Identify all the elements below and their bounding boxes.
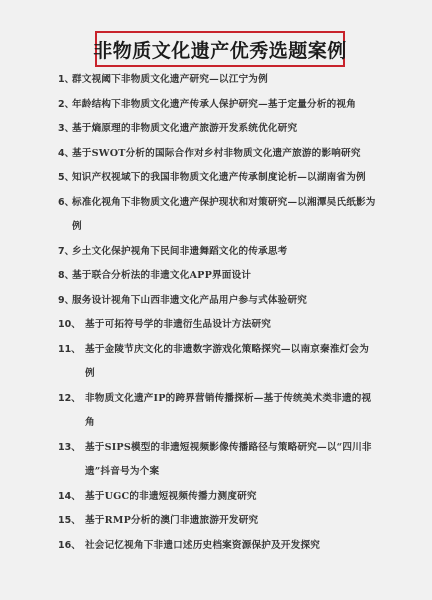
list-item: 14、 基于UGC的非遗短视频传播力测度研究 xyxy=(58,485,418,510)
item-text: 社会记忆视角下非遗口述历史档案资源保护及开发探究 xyxy=(85,534,375,559)
item-number: 5、 xyxy=(58,166,72,191)
list-item: 9、 服务设计视角下山西非遗文化产品用户参与式体验研究 xyxy=(58,289,418,314)
page-title: 非物质文化遗产优秀选题案例 xyxy=(93,36,347,63)
item-number: 8、 xyxy=(58,264,72,289)
item-number: 9、 xyxy=(58,289,72,314)
list-item: 3、 基于熵原理的非物质文化遗产旅游开发系统优化研究 xyxy=(58,117,418,142)
item-number: 1、 xyxy=(58,68,72,93)
list-item: 11、 基于金陵节庆文化的非遗数字游戏化策略探究—以南京秦淮灯会为例 xyxy=(58,338,418,387)
item-text: 服务设计视角下山西非遗文化产品用户参与式体验研究 xyxy=(72,289,382,314)
item-number: 12、 xyxy=(58,387,85,436)
item-text: 非物质文化遗产IP的跨界营销传播探析—基于传统美术类非遗的视角 xyxy=(85,387,375,436)
list-item: 15、 基于RMP分析的澳门非遗旅游开发研究 xyxy=(58,509,418,534)
topic-list: 1、 群文视阈下非物质文化遗产研究—以江宁为例 2、 年龄结构下非物质文化遗产传… xyxy=(58,68,418,558)
list-item: 8、 基于联合分析法的非遗文化APP界面设计 xyxy=(58,264,418,289)
item-text: 基于金陵节庆文化的非遗数字游戏化策略探究—以南京秦淮灯会为例 xyxy=(85,338,375,387)
list-item: 12、 非物质文化遗产IP的跨界营销传播探析—基于传统美术类非遗的视角 xyxy=(58,387,418,436)
list-item: 6、 标准化视角下非物质文化遗产保护现状和对策研究—以湘潭吴氏纸影为例 xyxy=(58,191,418,240)
item-text: 基于联合分析法的非遗文化APP界面设计 xyxy=(72,264,382,289)
item-number: 3、 xyxy=(58,117,72,142)
item-text: 乡土文化保护视角下民间非遗舞蹈文化的传承思考 xyxy=(72,240,382,265)
item-text: 群文视阈下非物质文化遗产研究—以江宁为例 xyxy=(72,68,382,93)
list-item: 13、 基于SIPS模型的非遗短视频影像传播路径与策略研究—以“四川非遗”抖音号… xyxy=(58,436,418,485)
title-box: 非物质文化遗产优秀选题案例 xyxy=(95,31,345,67)
item-text: 基于熵原理的非物质文化遗产旅游开发系统优化研究 xyxy=(72,117,382,142)
list-item: 4、 基于SWOT分析的国际合作对乡村非物质文化遗产旅游的影响研究 xyxy=(58,142,418,167)
item-text: 知识产权视域下的我国非物质文化遗产传承制度论析—以湖南省为例 xyxy=(72,166,382,191)
item-number: 10、 xyxy=(58,313,85,338)
item-number: 11、 xyxy=(58,338,85,387)
item-number: 2、 xyxy=(58,93,72,118)
item-text: 基于SWOT分析的国际合作对乡村非物质文化遗产旅游的影响研究 xyxy=(72,142,382,167)
list-item: 10、 基于可拓符号学的非遗衍生品设计方法研究 xyxy=(58,313,418,338)
item-number: 7、 xyxy=(58,240,72,265)
item-number: 13、 xyxy=(58,436,85,485)
list-item: 1、 群文视阈下非物质文化遗产研究—以江宁为例 xyxy=(58,68,418,93)
item-text: 基于SIPS模型的非遗短视频影像传播路径与策略研究—以“四川非遗”抖音号为个案 xyxy=(85,436,375,485)
item-number: 6、 xyxy=(58,191,72,240)
item-number: 15、 xyxy=(58,509,85,534)
item-number: 14、 xyxy=(58,485,85,510)
item-text: 基于RMP分析的澳门非遗旅游开发研究 xyxy=(85,509,375,534)
item-text: 基于UGC的非遗短视频传播力测度研究 xyxy=(85,485,375,510)
item-text: 标准化视角下非物质文化遗产保护现状和对策研究—以湘潭吴氏纸影为例 xyxy=(72,191,382,240)
item-text: 基于可拓符号学的非遗衍生品设计方法研究 xyxy=(85,313,375,338)
item-number: 4、 xyxy=(58,142,72,167)
list-item: 5、 知识产权视域下的我国非物质文化遗产传承制度论析—以湖南省为例 xyxy=(58,166,418,191)
list-item: 2、 年龄结构下非物质文化遗产传承人保护研究—基于定量分析的视角 xyxy=(58,93,418,118)
list-item: 7、 乡土文化保护视角下民间非遗舞蹈文化的传承思考 xyxy=(58,240,418,265)
item-text: 年龄结构下非物质文化遗产传承人保护研究—基于定量分析的视角 xyxy=(72,93,382,118)
item-number: 16、 xyxy=(58,534,85,559)
list-item: 16、 社会记忆视角下非遗口述历史档案资源保护及开发探究 xyxy=(58,534,418,559)
